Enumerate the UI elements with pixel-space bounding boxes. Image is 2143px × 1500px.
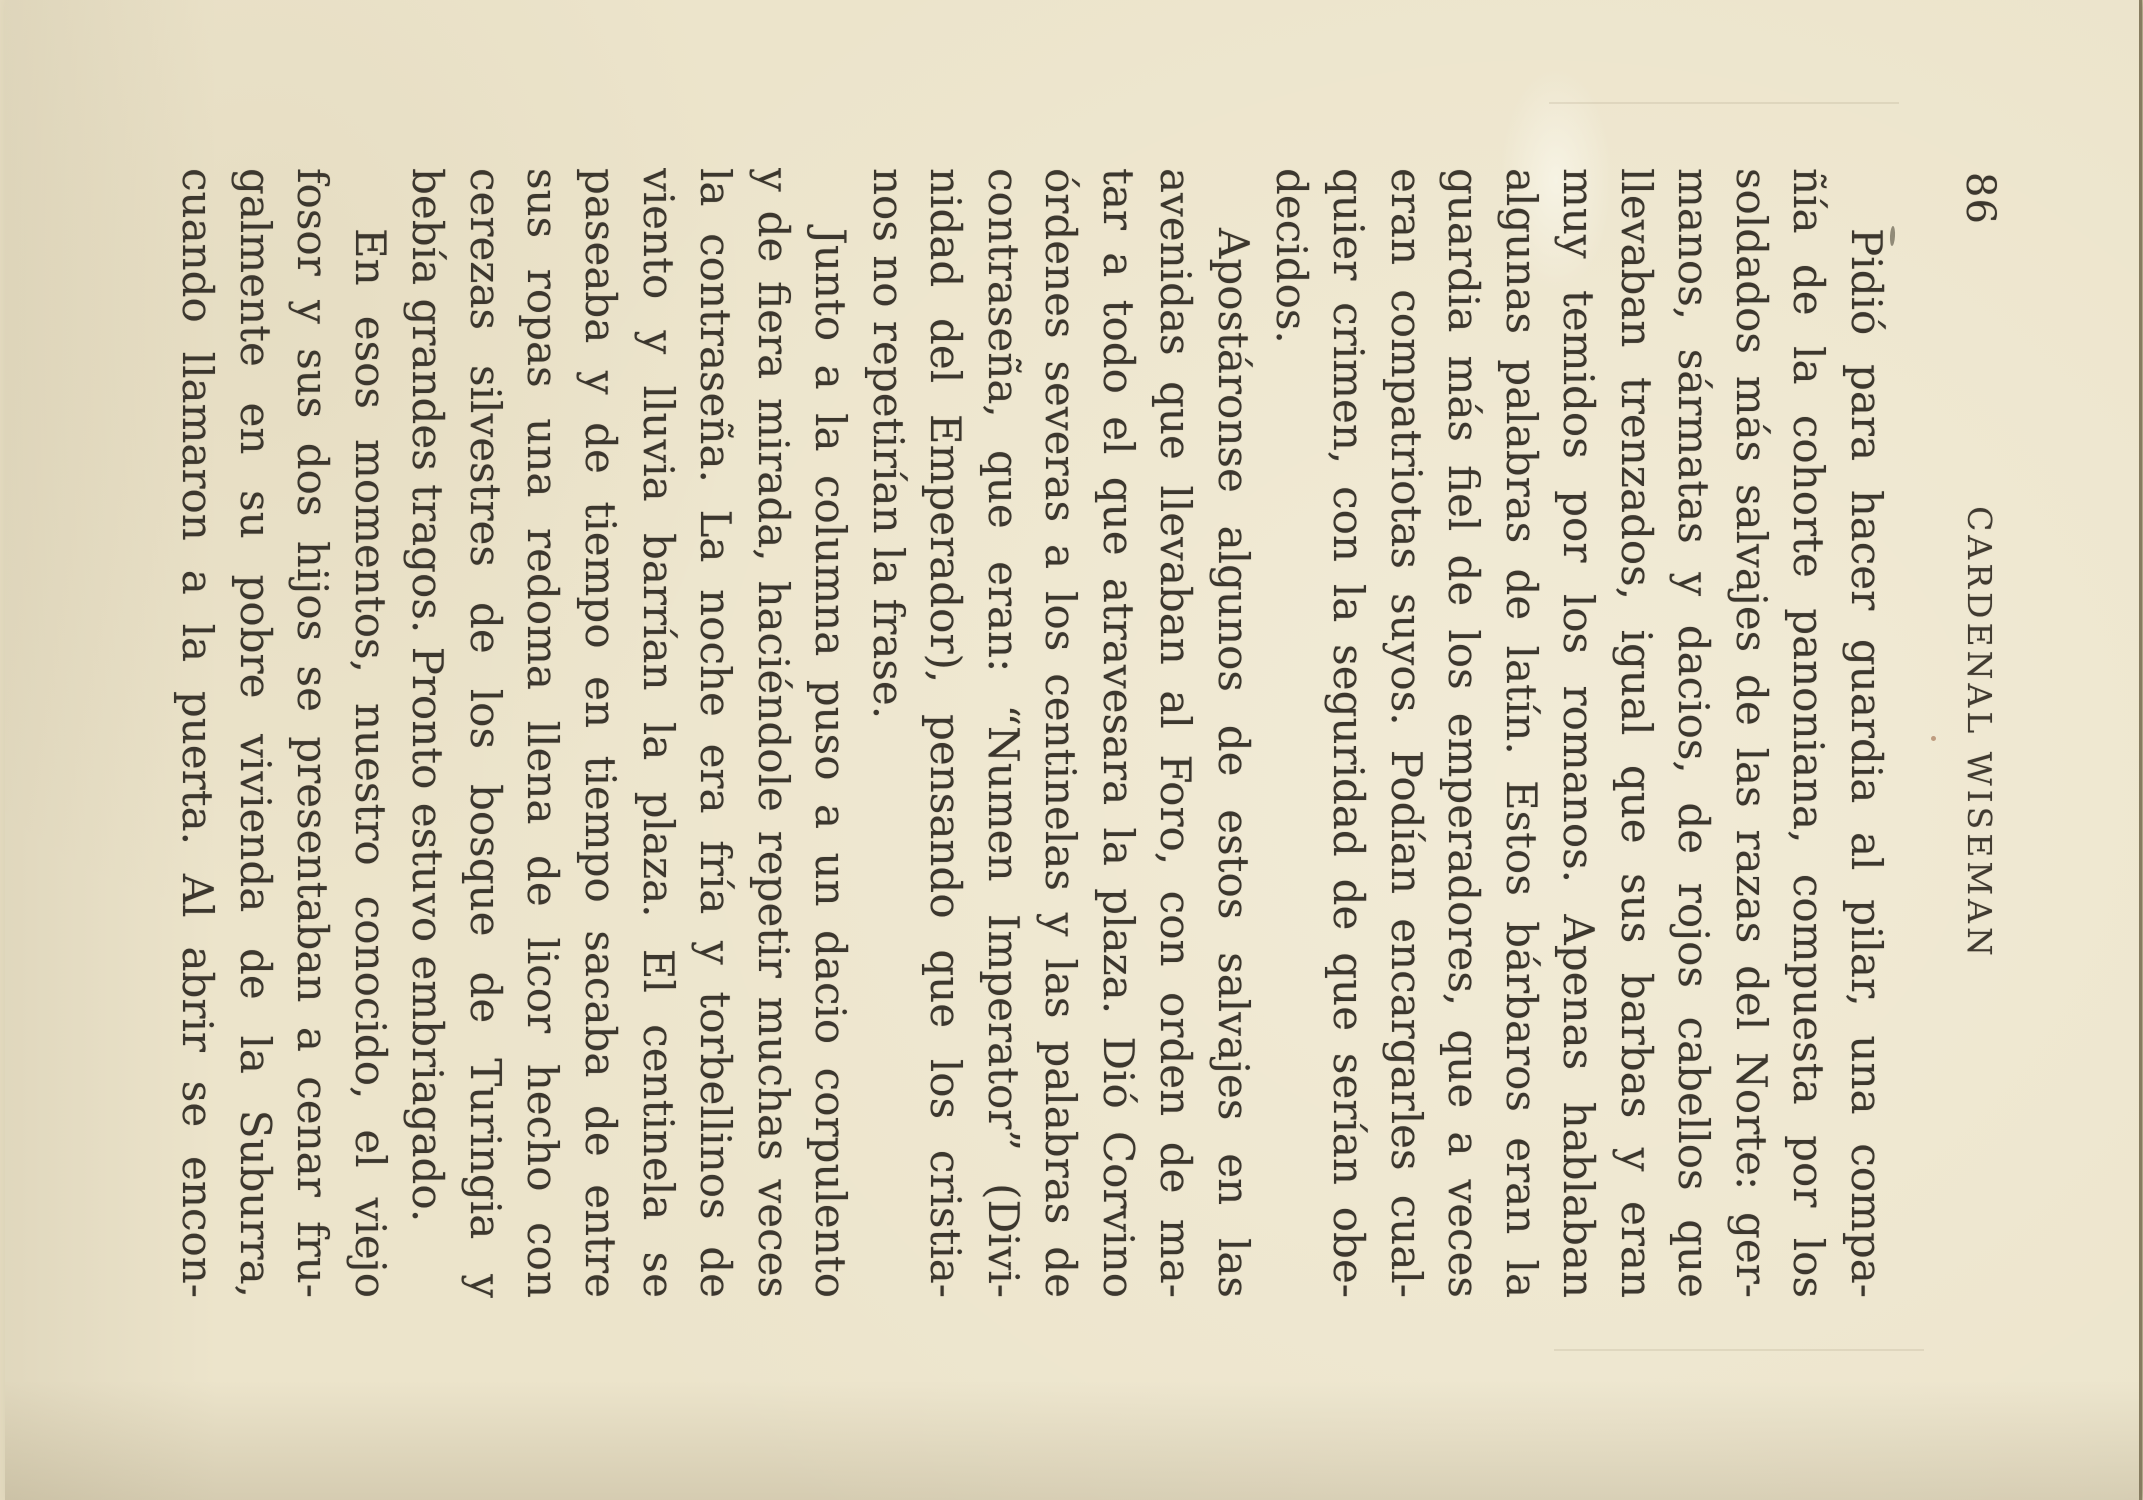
text-line: viento y lluvia barrían la plaza. El cen… (629, 168, 687, 1298)
text-line: paseaba y de tiempo en tiempo sacaba de … (571, 168, 629, 1298)
text-line: llevaban trenzados, igual que sus barbas… (1607, 168, 1665, 1298)
text-line: Junto a la columna puso a un dacio corpu… (802, 168, 860, 1298)
text-line: la contraseña. La noche era fría y torbe… (687, 168, 745, 1298)
text-line: manos, sármatas y dacios, de rojos cabel… (1665, 168, 1723, 1298)
text-line: nidad del Emperador), pensando que los c… (917, 168, 975, 1298)
text-line: nos no repetirían la frase. (859, 168, 917, 1298)
text-line: órdenes severas a los centinelas y las p… (1032, 168, 1090, 1298)
paper-crease (1554, 1349, 1924, 1351)
paragraph: Pidió para hacer guardia al pilar, una c… (1262, 168, 1895, 1298)
scanned-book-page: 86 CARDENAL WISEMAN Pidió para hacer gua… (0, 0, 2143, 1500)
text-line: Apostáronse algunos de estos salvajes en… (1204, 168, 1262, 1298)
running-head-title: CARDENAL WISEMAN (1960, 506, 1999, 960)
text-line: En esos momentos, nuestro conocido, el v… (341, 168, 399, 1298)
text-line: tar a todo el que atravesara la plaza. D… (1089, 168, 1147, 1298)
text-line: sus ropas una redoma llena de licor hech… (514, 168, 572, 1298)
text-line: cerezas silvestres de los bosque de Turi… (456, 168, 514, 1298)
text-line: guardia más fiel de los emperadores, que… (1435, 168, 1493, 1298)
paragraph: Apostáronse algunos de estos salvajes en… (859, 168, 1262, 1298)
text-line: ñía de la cohorte panoniana, compuesta p… (1780, 168, 1838, 1298)
text-line: contraseña, que eran: “Numen Imperator” … (974, 168, 1032, 1298)
text-line: galmente en su pobre vivienda de la Subu… (226, 168, 284, 1298)
text-line: soldados más salvajes de las razas del N… (1722, 168, 1780, 1298)
text-line: avenidas que llevaban al Foro, con orden… (1147, 168, 1205, 1298)
text-line: fosor y sus dos hijos se presentaban a c… (284, 168, 342, 1298)
text-line: quier crimen, con la seguridad de que se… (1320, 168, 1378, 1298)
text-line: algunas palabras de latín. Estos bárbaro… (1492, 168, 1550, 1298)
running-head: 86 CARDENAL WISEMAN (1957, 168, 2005, 1298)
book-page: 86 CARDENAL WISEMAN Pidió para hacer gua… (5, 0, 2139, 1500)
paragraph: En esos momentos, nuestro conocido, el v… (169, 168, 399, 1298)
text-block: Pidió para hacer guardia al pilar, una c… (169, 168, 1895, 1298)
text-line: Pidió para hacer guardia al pilar, una c… (1837, 168, 1895, 1298)
paper-crease (1549, 102, 1899, 104)
rust-speck (1931, 736, 1936, 741)
paragraph: Junto a la columna puso a un dacio corpu… (399, 168, 859, 1298)
text-line: bebía grandes tragos. Pronto estuvo embr… (399, 168, 457, 1298)
text-line: muy temidos por los romanos. Apenas habl… (1550, 168, 1608, 1298)
text-line: eran compatriotas suyos. Podían encargar… (1377, 168, 1435, 1298)
text-line: y de fiera mirada, haciéndole repetir mu… (744, 168, 802, 1298)
page-number: 86 (1957, 172, 2003, 225)
text-line: decidos. (1262, 168, 1320, 1298)
text-line: cuando llamaron a la puerta. Al abrir se… (169, 168, 227, 1298)
